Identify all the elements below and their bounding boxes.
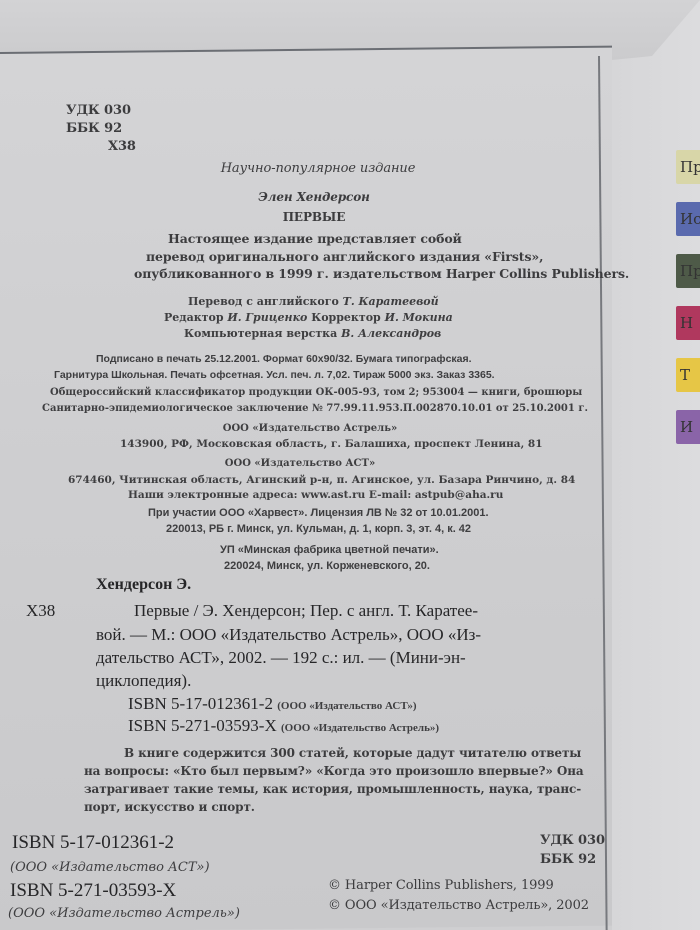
layout-credit: Компьютерная верстка В. Александров	[184, 327, 441, 340]
printing-line: 220024, Минск, ул. Корженевского, 20.	[224, 560, 430, 572]
book-title: ПЕРВЫЕ	[283, 210, 346, 224]
section-tab: И	[676, 410, 700, 444]
catalog-line: циклопедия).	[96, 671, 191, 691]
imprint-page	[0, 46, 612, 930]
copyright-line: © Harper Collins Publishers, 1999	[328, 878, 554, 893]
publisher-name: ООО «Издательство АСТ»	[225, 458, 375, 469]
bbk-code: ББК 92	[66, 121, 122, 136]
corrector-name: И. Мокина	[385, 311, 453, 324]
catalog-isbn: ISBN 5-17-012361-2 (ООО «Издательство АС…	[128, 694, 417, 714]
section-tab: Н	[676, 306, 700, 340]
catalog-line: Первые / Э. Хендерсон; Пер. с англ. Т. К…	[134, 601, 478, 621]
annotation-line: порт, искусство и спорт.	[84, 800, 255, 814]
adjacent-page	[612, 0, 700, 930]
footer-isbn: ISBN 5-271-03593-X	[10, 880, 176, 902]
copyright-line: © ООО «Издательство Астрель», 2002	[328, 898, 589, 913]
udk-code: УДК 030	[66, 103, 131, 118]
author-name: Элен Хендерсон	[258, 190, 370, 204]
annotation-line: затрагивает такие темы, как история, про…	[84, 782, 581, 796]
layout-name: В. Александров	[341, 327, 441, 340]
translation-note-line: перевод оригинального английского издани…	[146, 249, 543, 264]
editor-name: И. Гриценко	[227, 311, 307, 324]
footer-isbn: ISBN 5-17-012361-2	[12, 832, 174, 854]
classifier-line: Общероссийский классификатор продукции О…	[50, 387, 582, 398]
printing-line: УП «Минская фабрика цветной печати».	[220, 544, 439, 556]
print-info-line: Гарнитура Школьная. Печать офсетная. Усл…	[54, 369, 495, 381]
printing-line: 220013, РБ г. Минск, ул. Кульман, д. 1, …	[166, 523, 471, 535]
edition-type: Научно-популярное издание	[221, 161, 416, 176]
corrector-label: Корректор	[311, 311, 381, 324]
catalog-line: дательство АСТ», 2002. — 192 с.: ил. — (…	[96, 648, 466, 668]
color-section-tabs: ПрИсПрНТИ	[676, 150, 700, 462]
catalog-isbn: ISBN 5-271-03593-X (ООО «Издательство Ас…	[128, 716, 439, 736]
print-info-line: Подписано в печать 25.12.2001. Формат 60…	[96, 353, 472, 365]
catalog-mark: Х38	[26, 601, 55, 621]
catalog-line: вой. — М.: ООО «Издательство Астрель», О…	[96, 625, 481, 645]
publisher-address: 674460, Читинская область, Агинский р-н,…	[68, 474, 575, 486]
printing-line: При участии ООО «Харвест». Лицензия ЛВ №…	[148, 507, 489, 519]
isbn-number: ISBN 5-17-012361-2	[128, 694, 273, 713]
publisher-name: ООО «Издательство Астрель»	[223, 423, 398, 434]
publisher-address: 143900, РФ, Московская область, г. Балаш…	[120, 438, 543, 450]
footer-bbk: ББК 92	[540, 852, 596, 867]
section-tab: Т	[676, 358, 700, 392]
footer-isbn-publisher: (ООО «Издательство АСТ»)	[10, 860, 210, 875]
translation-note-line: опубликованного в 1999 г. издательством …	[134, 266, 629, 281]
footer-isbn-publisher: (ООО «Издательство Астрель»)	[8, 906, 240, 921]
translator-label: Перевод с английского	[188, 295, 339, 308]
isbn-number: ISBN 5-271-03593-X	[128, 716, 277, 735]
editor-label: Редактор	[164, 311, 224, 324]
section-tab: Пр	[676, 254, 700, 288]
author-mark: Х38	[108, 139, 136, 154]
translator-credit: Перевод с английского Т. Каратеевой	[188, 295, 439, 308]
annotation-line: на вопросы: «Кто был первым?» «Когда это…	[84, 764, 584, 778]
annotation-line: В книге содержится 300 статей, которые д…	[124, 746, 581, 760]
publisher-web: Наши электронные адреса: www.ast.ru E-ma…	[128, 489, 503, 501]
isbn-publisher: (ООО «Издательство Астрель»)	[281, 722, 439, 734]
classifier-line: Санитарно-эпидемиологическое заключение …	[42, 403, 588, 414]
isbn-publisher: (ООО «Издательство АСТ»)	[277, 700, 416, 712]
section-tab: Ис	[676, 202, 700, 236]
catalog-heading: Хендерсон Э.	[96, 576, 191, 594]
footer-udk: УДК 030	[540, 833, 605, 848]
layout-label: Компьютерная верстка	[184, 327, 337, 340]
translator-name: Т. Каратеевой	[343, 295, 439, 308]
editor-credit: Редактор И. Гриценко Корректор И. Мокина	[164, 311, 453, 324]
translation-note-line: Настоящее издание представляет собой	[168, 231, 462, 246]
section-tab: Пр	[676, 150, 700, 184]
